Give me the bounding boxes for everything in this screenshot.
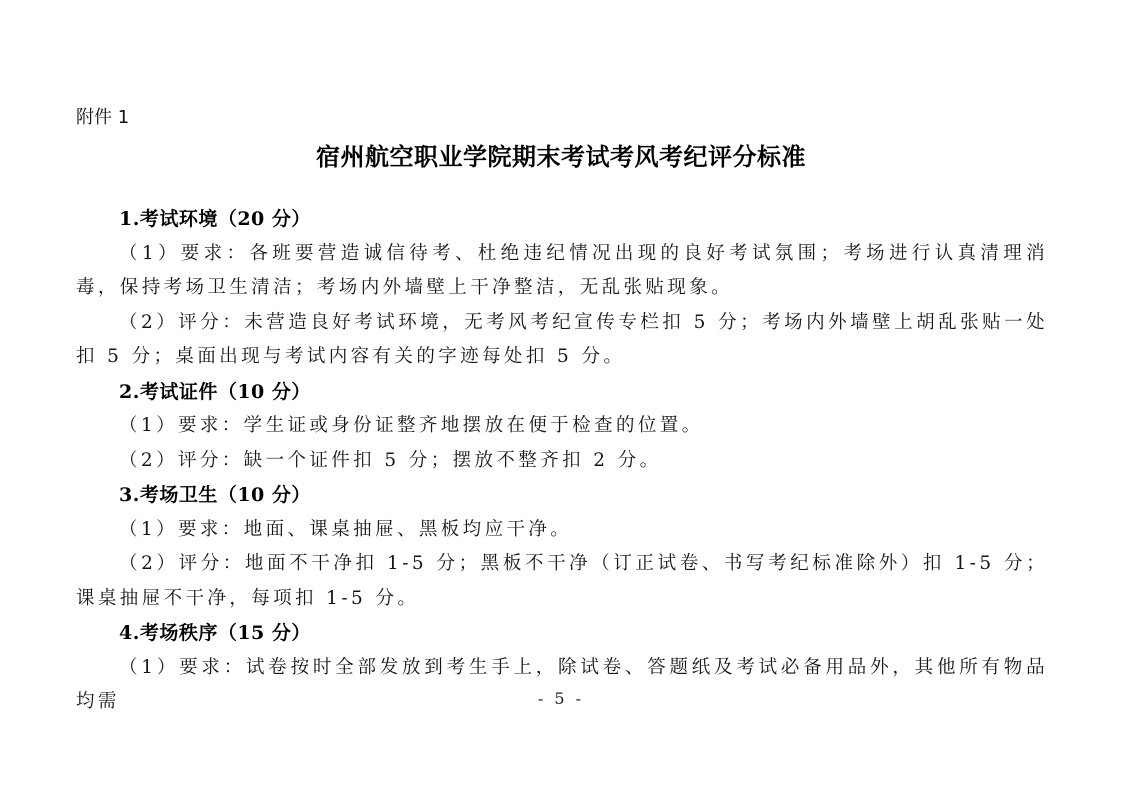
scoring-paragraph: （2）评分：缺一个证件扣 5 分；摆放不整齐扣 2 分。 <box>76 444 1048 479</box>
requirement-paragraph: （1）要求：学生证或身份证整齐地摆放在便于检查的位置。 <box>76 409 1048 444</box>
scoring-paragraph: （2）评分：未营造良好考试环境，无考风考纪宣传专栏扣 5 分；考场内外墙壁上胡乱… <box>76 306 1048 375</box>
page-number: - 5 - <box>0 689 1122 708</box>
requirement-paragraph: （1）要求：地面、课桌抽屉、黑板均应干净。 <box>76 513 1048 548</box>
document-body: 1.考试环境（20 分） （1）要求：各班要营造诚信待考、杜绝违纪情况出现的良好… <box>76 202 1048 720</box>
attachment-label: 附件 1 <box>76 103 129 129</box>
requirement-paragraph: （1）要求：各班要营造诚信待考、杜绝违纪情况出现的良好考试氛围；考场进行认真清理… <box>76 237 1048 306</box>
section-exam-credentials: 2.考试证件（10 分） （1）要求：学生证或身份证整齐地摆放在便于检查的位置。… <box>76 375 1048 479</box>
requirement-paragraph: （1）要求：试卷按时全部发放到考生手上，除试卷、答题纸及考试必备用品外，其他所有… <box>76 651 1048 720</box>
section-exam-environment: 1.考试环境（20 分） （1）要求：各班要营造诚信待考、杜绝违纪情况出现的良好… <box>76 202 1048 375</box>
section-heading: 4.考场秩序（15 分） <box>76 616 1048 651</box>
document-title-text: 宿州航空职业学院期末考试考风考纪评分标准 <box>316 137 806 172</box>
document-page: 附件 1 宿州航空职业学院期末考试考风考纪评分标准 1.考试环境（20 分） （… <box>0 0 1122 793</box>
document-title: 宿州航空职业学院期末考试考风考纪评分标准 <box>0 137 1122 172</box>
section-heading: 3.考场卫生（10 分） <box>76 478 1048 513</box>
section-exam-room-hygiene: 3.考场卫生（10 分） （1）要求：地面、课桌抽屉、黑板均应干净。 （2）评分… <box>76 478 1048 616</box>
section-heading: 1.考试环境（20 分） <box>76 202 1048 237</box>
scoring-paragraph: （2）评分：地面不干净扣 1-5 分；黑板不干净（订正试卷、书写考纪标准除外）扣… <box>76 547 1048 616</box>
section-heading: 2.考试证件（10 分） <box>76 375 1048 410</box>
